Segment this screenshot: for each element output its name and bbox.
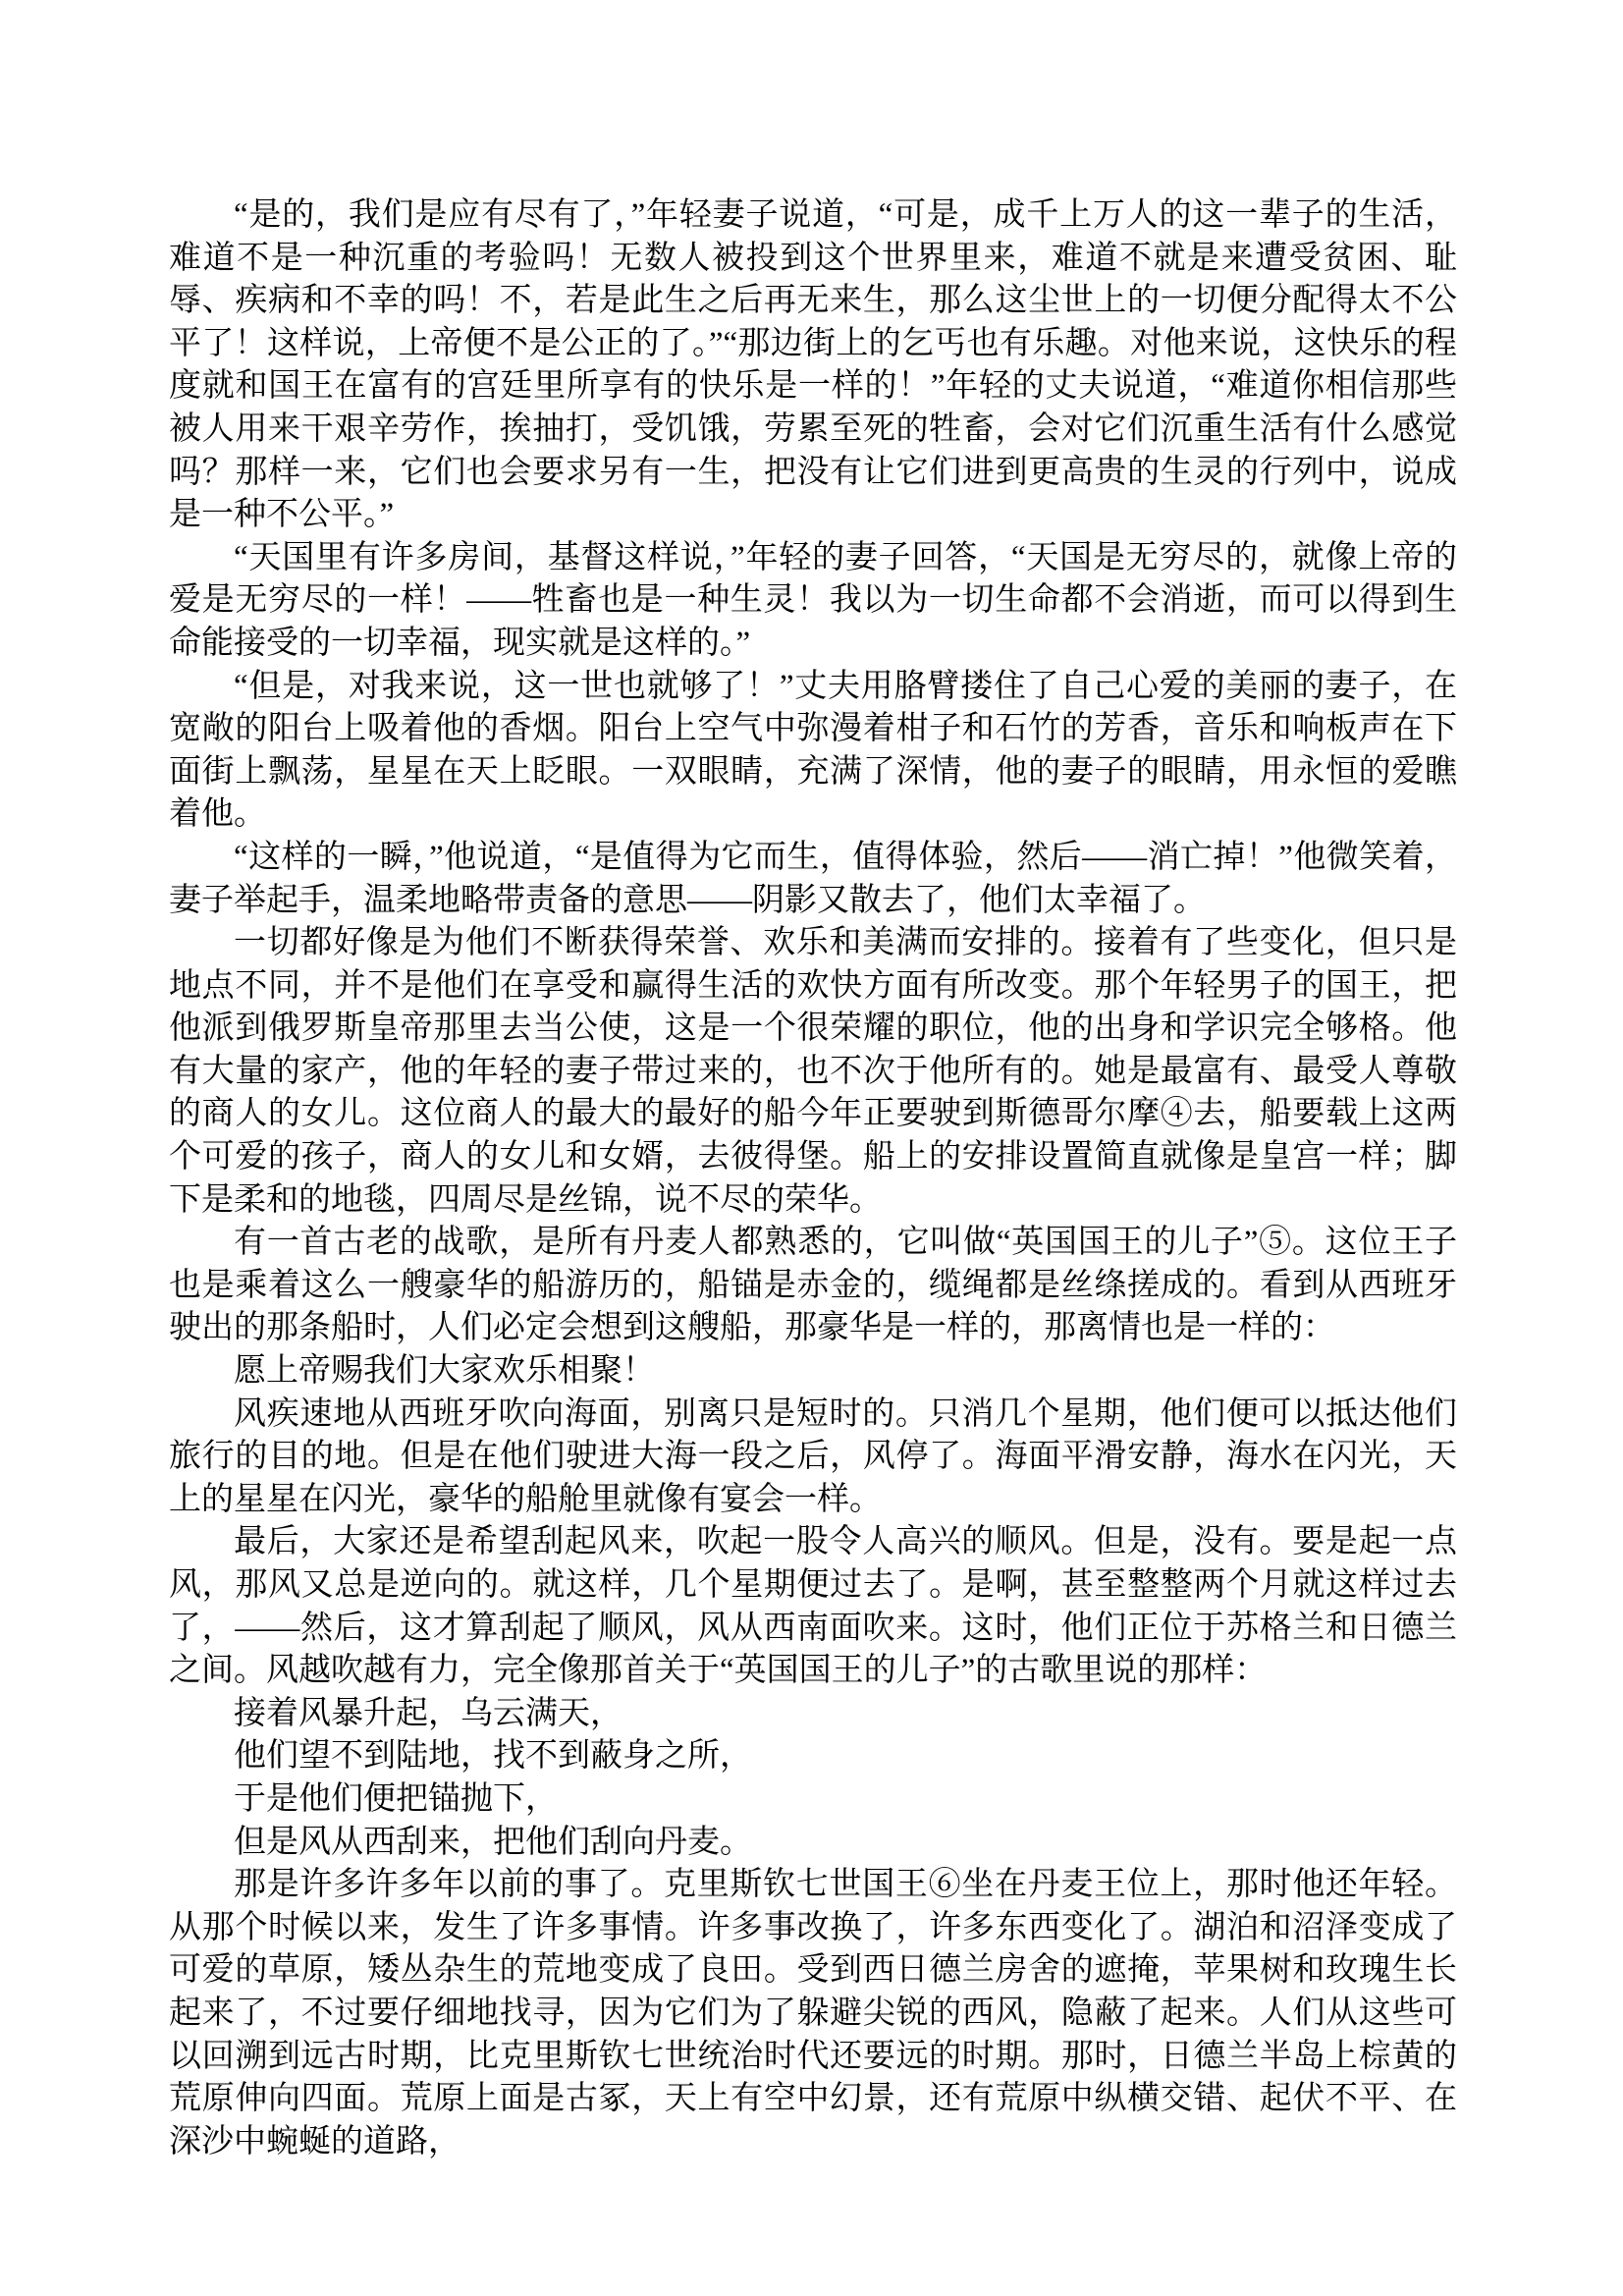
text-column: “是的，我们是应有尽有了，”年轻妻子说道，“可是，成千上万人的这一辈子的生活，难… [169,194,1457,2163]
paragraph: 最后，大家还是希望刮起风来，吹起一股令人高兴的顺风。但是，没有。要是起一点风，那… [169,1521,1457,1692]
paragraph: “是的，我们是应有尽有了，”年轻妻子说道，“可是，成千上万人的这一辈子的生活，难… [169,194,1457,537]
paragraph: “这样的一瞬，”他说道，“是值得为它而生，值得体验，然后——消亡掉！”他微笑着，… [169,837,1457,922]
verse-line: 他们望不到陆地，找不到蔽身之所， [169,1735,1457,1778]
paragraph: 那是许多许多年以前的事了。克里斯钦七世国王⑥坐在丹麦王位上，那时他还年轻。从那个… [169,1864,1457,2163]
verse-line: 于是他们便把锚抛下， [169,1778,1457,1822]
paragraph: 风疾速地从西班牙吹向海面，别离只是短时的。只消几个星期，他们便可以抵达他们旅行的… [169,1394,1457,1522]
paragraph: 一切都好像是为他们不断获得荣誉、欢乐和美满而安排的。接着有了些变化，但只是地点不… [169,922,1457,1222]
verse-line: 但是风从西刮来，把他们刮向丹麦。 [169,1822,1457,1865]
paragraph: “天国里有许多房间，基督这样说，”年轻的妻子回答，“天国是无穷尽的，就像上帝的爱… [169,537,1457,666]
document-page: “是的，我们是应有尽有了，”年轻妻子说道，“可是，成千上万人的这一辈子的生活，难… [0,0,1623,2296]
verse-line: 接着风暴升起，乌云满天， [169,1693,1457,1736]
paragraph: 有一首古老的战歌，是所有丹麦人都熟悉的，它叫做“英国国王的儿子”⑤。这位王子也是… [169,1222,1457,1350]
verse-line: 愿上帝赐我们大家欢乐相聚！ [169,1350,1457,1394]
paragraph: “但是，对我来说，这一世也就够了！”丈夫用胳臂搂住了自己心爱的美丽的妻子，在宽敞… [169,666,1457,837]
